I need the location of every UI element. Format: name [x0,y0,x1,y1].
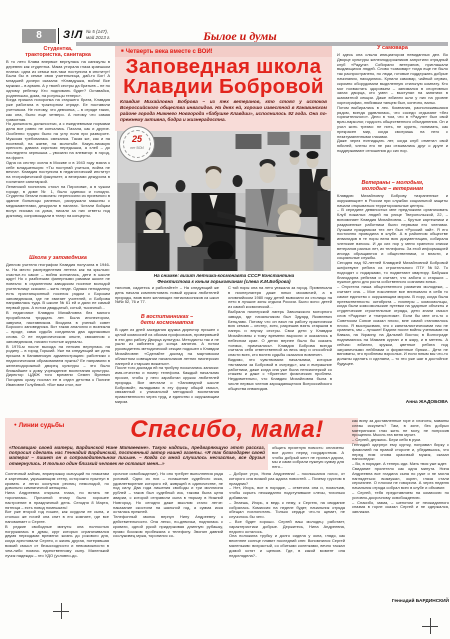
article2-kicker-label: Линии судьбы [19,422,65,429]
article1-headline: Заповедная школа Клавдии Бобровой [116,57,331,98]
article2-headline: Спасибо, мама! [96,416,358,444]
subhead-veterany: Ветераны – молодым, молодые – ветеранам [337,180,448,192]
article1-right-text2: Клавдию Михайловну Боброву «израненные и… [337,194,448,398]
badge-number: 25 [120,134,154,144]
anniversary-badge: 25 лет ВОИ [119,126,155,162]
article1-left-text1: В то лето Клава впервые вернулась на кан… [6,60,110,253]
article1-mid2-text: С той поры она на лето уезжала за город.… [228,286,332,409]
article2-col4: как вину за доставленные горе и хлопоты,… [352,419,449,598]
article1-author: Анна ЖАДОБОВА [337,400,448,405]
photo-caption: На снимке: визит летчика-космонавта СССР… [117,273,331,284]
article1-left-text2: Диплом учителя географии Клавдия получил… [6,263,110,419]
bullet-icon: ● [14,422,17,427]
article1-mid1-text: В один из дней заседания кружка директор… [115,328,219,420]
article2-col1: Солнечный зайчик, вприпрыжку скачущий по… [5,472,109,598]
crop-mark-icon [53,603,69,619]
article2-lead: «Посвящаю своей матери, Бардинской Нине … [9,445,265,470]
subhead-vospitanniki: В воспитанниках – дети космонавтов [115,314,219,326]
subhead-shkola: Школа у заповедника [6,255,110,261]
article1-mid1-top: талонов, садитесь и работайте!» – На сле… [115,286,219,313]
issue-info: № 5 (147), май 2013 г. [86,29,111,40]
badge-text: лет ВОИ [120,146,154,150]
subhead-samovar: У самовара [337,45,448,51]
article2-col2: срочное освобождение). Но оно требует вы… [113,472,223,602]
page-number: 8 [22,29,56,43]
article1-right-text1: И здесь она слыла инициатором невиданных… [337,53,448,178]
newspaper-page: 8 З!Л № 5 (147), май 2013 г. Былое и дум… [0,0,450,639]
article1-kicker: ■Четверть века вместе с ВОИ! [121,48,326,55]
header-divider [58,28,59,44]
article2-author: Геннадий БАРДИНСКИЙ [352,599,449,604]
article2-col3: – Доброе утро, Нина Андреевна! – послыша… [229,472,345,616]
article2-kicker: ●Линии судьбы [14,422,64,429]
newspaper-logo: З!Л [63,29,83,41]
crop-mark-icon [422,618,438,634]
subhead-studentka: Студентка, трактористка, санитарка [6,46,110,58]
bullet-icon: ■ [121,48,124,53]
article1-lead: Клавдия Михайловна Боброва – из тех вете… [120,99,327,129]
article2-col3-top: общить приятную новость: оплачены все до… [272,446,344,470]
